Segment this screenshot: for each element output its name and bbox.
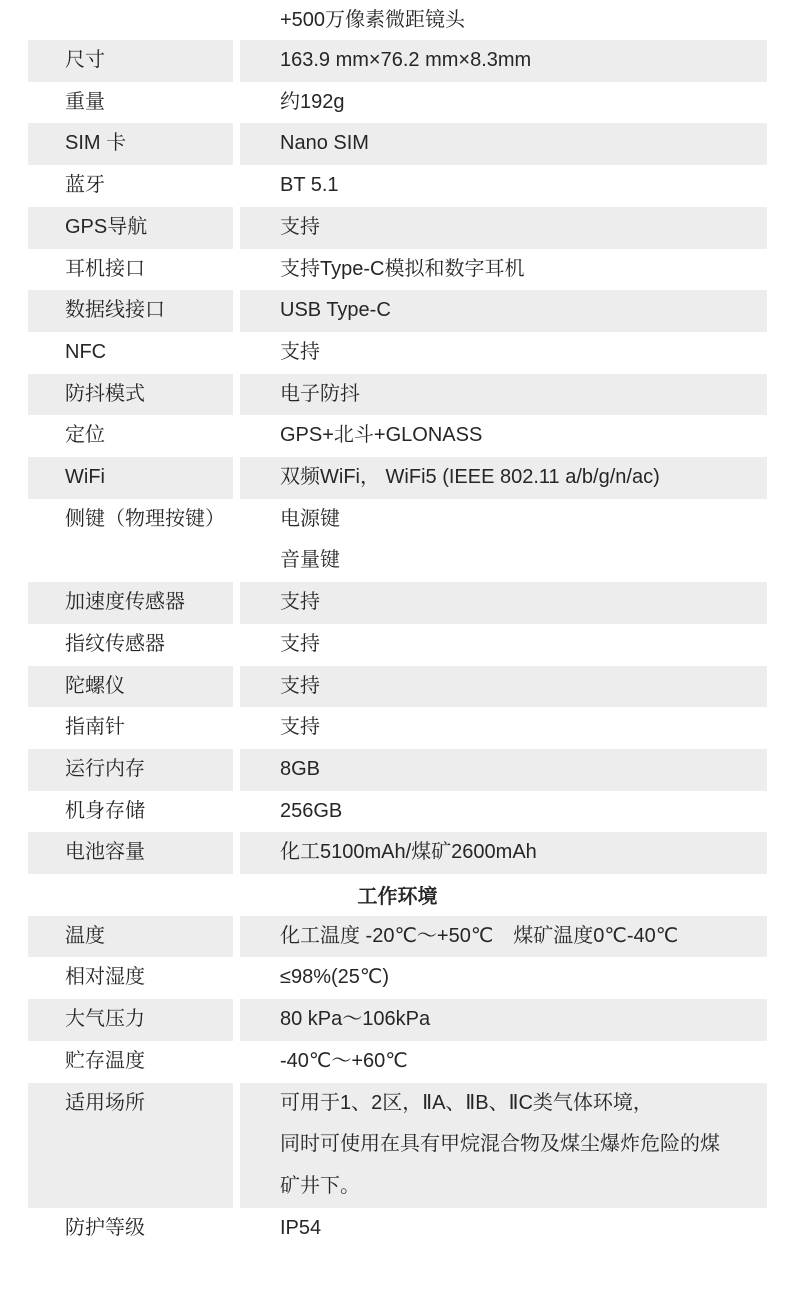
column-gap [233, 290, 240, 332]
value-line: 约192g [280, 82, 767, 124]
column-gap [233, 457, 240, 499]
column-gap [233, 249, 240, 291]
spec-value: 支持Type-C模拟和数字耳机 [240, 249, 767, 291]
spec-value: IP54 [240, 1208, 767, 1250]
spec-label-cell: 指纹传感器 [28, 624, 233, 666]
column-gap [233, 791, 240, 833]
spec-label-cell: 温度 [28, 916, 233, 958]
table-row: 机身存储 256GB [28, 791, 767, 833]
spec-value: Nano SIM [240, 123, 767, 165]
table-row: 适用场所 可用于1、2区，ⅡA、ⅡB、ⅡC类气体环境，同时可使用在具有甲烷混合物… [28, 1083, 767, 1208]
column-gap [233, 0, 240, 40]
spec-label: 蓝牙 [65, 165, 233, 207]
column-gap [233, 82, 240, 124]
table-row: 大气压力 80 kPa～106kPa [28, 999, 767, 1041]
spec-value: 8GB [240, 749, 767, 791]
value-line: USB Type-C [280, 290, 767, 332]
spec-label-cell: 耳机接口 [28, 249, 233, 291]
value-line: 双频WiFi， WiFi5 (IEEE 802.11 a/b/g/n/ac) [280, 457, 767, 499]
column-gap [233, 749, 240, 791]
spec-label: 温度 [65, 916, 233, 958]
table-row: 侧键（物理按键） 电源键音量键 [28, 499, 767, 582]
spec-value: 可用于1、2区，ⅡA、ⅡB、ⅡC类气体环境，同时可使用在具有甲烷混合物及煤尘爆炸… [240, 1083, 767, 1208]
value-line: 支持 [280, 707, 767, 749]
spec-label: 指纹传感器 [65, 624, 233, 666]
table-row: 数据线接口 USB Type-C [28, 290, 767, 332]
spec-value: +500万像素微距镜头 [240, 0, 767, 40]
spec-label: NFC [65, 332, 233, 374]
column-gap [233, 415, 240, 457]
spec-value: 支持 [240, 207, 767, 249]
value-line: 矿井下。 [280, 1166, 767, 1208]
value-line: 电子防抖 [280, 374, 767, 416]
table-row: 电池容量 化工5100mAh/煤矿2600mAh [28, 832, 767, 874]
spec-label-cell: 定位 [28, 415, 233, 457]
value-line: 163.9 mm×76.2 mm×8.3mm [280, 40, 767, 82]
table-row: SIM 卡 Nano SIM [28, 123, 767, 165]
spec-label: 定位 [65, 415, 233, 457]
spec-value: 电源键音量键 [240, 499, 767, 582]
table-row: 温度 化工温度 -20℃～+50℃ 煤矿温度0℃-40℃ [28, 916, 767, 958]
value-line: 256GB [280, 791, 767, 833]
value-line: 8GB [280, 749, 767, 791]
section-header: 工作环境 [358, 880, 438, 909]
spec-label: 防护等级 [65, 1208, 233, 1250]
table-row: 防抖模式 电子防抖 [28, 374, 767, 416]
spec-value: GPS+北斗+GLONASS [240, 415, 767, 457]
column-gap [233, 999, 240, 1041]
table-row: 指南针 支持 [28, 707, 767, 749]
spec-label-cell: 指南针 [28, 707, 233, 749]
spec-label-cell: 适用场所 [28, 1083, 233, 1208]
column-gap [233, 916, 240, 958]
spec-value: 163.9 mm×76.2 mm×8.3mm [240, 40, 767, 82]
spec-label-cell: SIM 卡 [28, 123, 233, 165]
table-row: 运行内存 8GB [28, 749, 767, 791]
spec-value: BT 5.1 [240, 165, 767, 207]
value-line: 同时可使用在具有甲烷混合物及煤尘爆炸危险的煤 [280, 1124, 767, 1166]
spec-label: 防抖模式 [65, 374, 233, 416]
spec-value: 化工5100mAh/煤矿2600mAh [240, 832, 767, 874]
spec-table: +500万像素微距镜头 尺寸 163.9 mm×76.2 mm×8.3mm 重量… [0, 0, 800, 1249]
spec-value: 支持 [240, 666, 767, 708]
table-row: 防护等级 IP54 [28, 1208, 767, 1250]
value-line: 80 kPa～106kPa [280, 999, 767, 1041]
spec-value: ≤98%(25℃) [240, 957, 767, 999]
spec-label-cell: WiFi [28, 457, 233, 499]
table-row: 重量 约192g [28, 82, 767, 124]
column-gap [233, 707, 240, 749]
value-line: 支持 [280, 207, 767, 249]
spec-label-cell: 相对湿度 [28, 957, 233, 999]
spec-label: 大气压力 [65, 999, 233, 1041]
value-line: BT 5.1 [280, 165, 767, 207]
spec-label: 适用场所 [65, 1083, 233, 1125]
spec-label-cell: 运行内存 [28, 749, 233, 791]
spec-label-cell: 蓝牙 [28, 165, 233, 207]
spec-value: 约192g [240, 82, 767, 124]
spec-label: WiFi [65, 457, 233, 499]
spec-value: 80 kPa～106kPa [240, 999, 767, 1041]
spec-label-cell: 防护等级 [28, 1208, 233, 1250]
value-line: Nano SIM [280, 123, 767, 165]
spec-label: 电池容量 [65, 832, 233, 874]
value-line: +500万像素微距镜头 [280, 1, 767, 39]
spec-label: 机身存储 [65, 791, 233, 833]
spec-label-cell: 贮存温度 [28, 1041, 233, 1083]
spec-label-cell: 防抖模式 [28, 374, 233, 416]
column-gap [233, 1208, 240, 1250]
table-row: 耳机接口 支持Type-C模拟和数字耳机 [28, 249, 767, 291]
spec-label: 贮存温度 [65, 1041, 233, 1083]
value-line: 可用于1、2区，ⅡA、ⅡB、ⅡC类气体环境， [280, 1083, 767, 1125]
value-line: 支持Type-C模拟和数字耳机 [280, 249, 767, 291]
column-gap [233, 666, 240, 708]
column-gap [233, 957, 240, 999]
value-line: 化工5100mAh/煤矿2600mAh [280, 832, 767, 874]
spec-label-cell: 大气压力 [28, 999, 233, 1041]
spec-label-cell: 陀螺仪 [28, 666, 233, 708]
column-gap [233, 40, 240, 82]
column-gap [233, 499, 240, 582]
spec-label: 侧键（物理按键） [65, 499, 233, 541]
value-line: 化工温度 -20℃～+50℃ 煤矿温度0℃-40℃ [280, 916, 767, 958]
table-row: 加速度传感器 支持 [28, 582, 767, 624]
column-gap [233, 165, 240, 207]
value-line: ≤98%(25℃) [280, 957, 767, 999]
spec-label: SIM 卡 [65, 123, 233, 165]
spec-label: 相对湿度 [65, 957, 233, 999]
spec-label: 加速度传感器 [65, 582, 233, 624]
section-row: 工作环境 [28, 874, 767, 916]
column-gap [233, 1041, 240, 1083]
spec-label-cell: GPS导航 [28, 207, 233, 249]
value-line: 支持 [280, 624, 767, 666]
table-row: 相对湿度 ≤98%(25℃) [28, 957, 767, 999]
spec-value: 支持 [240, 582, 767, 624]
spec-value: 支持 [240, 707, 767, 749]
table-row: 贮存温度 -40℃～+60℃ [28, 1041, 767, 1083]
table-row: WiFi 双频WiFi， WiFi5 (IEEE 802.11 a/b/g/n/… [28, 457, 767, 499]
column-gap [233, 207, 240, 249]
spec-label: 指南针 [65, 707, 233, 749]
column-gap [233, 624, 240, 666]
table-row: NFC 支持 [28, 332, 767, 374]
spec-label-cell: 数据线接口 [28, 290, 233, 332]
value-line: 音量键 [280, 540, 767, 582]
table-row: 陀螺仪 支持 [28, 666, 767, 708]
column-gap [233, 832, 240, 874]
spec-label: 耳机接口 [65, 249, 233, 291]
column-gap [233, 332, 240, 374]
spec-label-cell: 电池容量 [28, 832, 233, 874]
table-row: GPS导航 支持 [28, 207, 767, 249]
table-row: +500万像素微距镜头 [28, 0, 767, 40]
table-row: 尺寸 163.9 mm×76.2 mm×8.3mm [28, 40, 767, 82]
spec-label-cell [28, 0, 233, 40]
value-line: 支持 [280, 666, 767, 708]
value-line: GPS+北斗+GLONASS [280, 415, 767, 457]
spec-label-cell: 重量 [28, 82, 233, 124]
column-gap [233, 582, 240, 624]
table-row: 定位 GPS+北斗+GLONASS [28, 415, 767, 457]
table-row: 蓝牙 BT 5.1 [28, 165, 767, 207]
value-line: 支持 [280, 582, 767, 624]
value-line: IP54 [280, 1208, 767, 1250]
spec-label-cell: NFC [28, 332, 233, 374]
column-gap [233, 1083, 240, 1208]
spec-label-cell: 加速度传感器 [28, 582, 233, 624]
column-gap [233, 374, 240, 416]
spec-label: 数据线接口 [65, 290, 233, 332]
spec-value: 化工温度 -20℃～+50℃ 煤矿温度0℃-40℃ [240, 916, 767, 958]
value-line: 电源键 [280, 499, 767, 541]
spec-label-cell: 侧键（物理按键） [28, 499, 233, 582]
spec-value: 256GB [240, 791, 767, 833]
spec-label: 运行内存 [65, 749, 233, 791]
spec-value: 双频WiFi， WiFi5 (IEEE 802.11 a/b/g/n/ac) [240, 457, 767, 499]
spec-label-cell: 尺寸 [28, 40, 233, 82]
spec-value: USB Type-C [240, 290, 767, 332]
spec-label: 陀螺仪 [65, 666, 233, 708]
table-row: 指纹传感器 支持 [28, 624, 767, 666]
column-gap [233, 123, 240, 165]
value-line: 支持 [280, 332, 767, 374]
spec-value: 电子防抖 [240, 374, 767, 416]
spec-label: 尺寸 [65, 40, 233, 82]
spec-label: GPS导航 [65, 207, 233, 249]
spec-value: -40℃～+60℃ [240, 1041, 767, 1083]
value-line: -40℃～+60℃ [280, 1041, 767, 1083]
spec-value: 支持 [240, 332, 767, 374]
spec-label-cell: 机身存储 [28, 791, 233, 833]
spec-label: 重量 [65, 82, 233, 124]
spec-value: 支持 [240, 624, 767, 666]
